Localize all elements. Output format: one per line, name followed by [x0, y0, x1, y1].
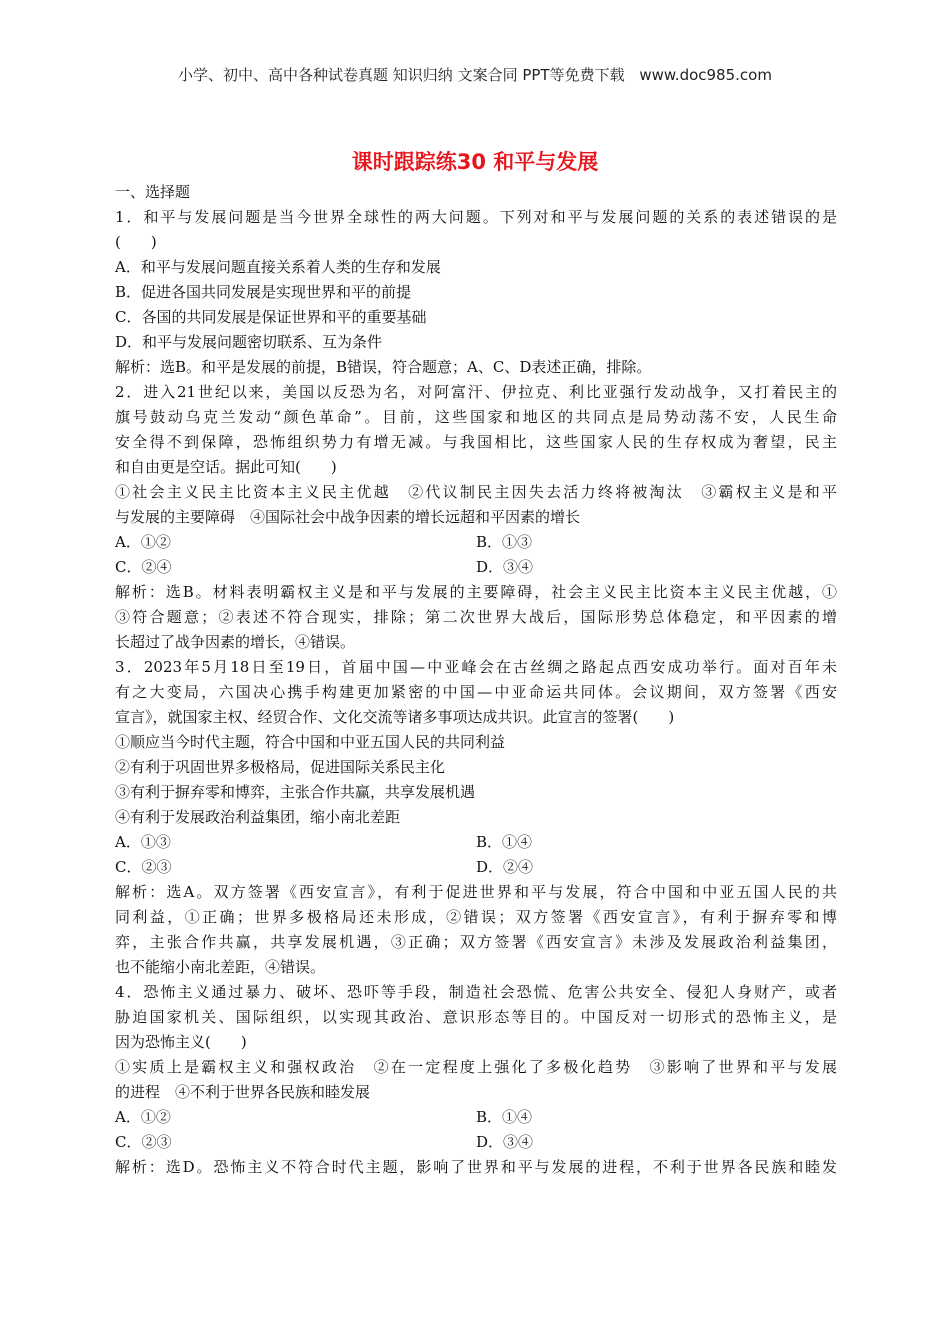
- option-row: A．①③ B．①④: [115, 830, 837, 855]
- site-banner: 小学、初中、高中各种试卷真题 知识归纳 文案合同 PPT等免费下载 www.do…: [0, 64, 950, 85]
- option-d: D．③④: [476, 1130, 837, 1155]
- analysis: 也不能缩小南北差距，④错误。: [115, 955, 837, 980]
- question-stem: 胁迫国家机关、国际组织，以实现其政治、意识形态等目的。中国反对一切形式的恐怖主义…: [115, 1005, 837, 1030]
- option-row: C．②④ D．③④: [115, 555, 837, 580]
- analysis: 解析：选A。双方签署《西安宣言》，有利于促进世界和平与发展，符合中国和中亚五国人…: [115, 880, 837, 905]
- statement: ①顺应当今时代主题，符合中国和中亚五国人民的共同利益: [115, 730, 837, 755]
- option-a: A．①②: [115, 530, 476, 555]
- analysis: 解析：选B。材料表明霸权主义是和平与发展的主要障碍，社会主义民主比资本主义民主优…: [115, 580, 837, 605]
- option-a: A．①②: [115, 1105, 476, 1130]
- section-heading: 一、选择题: [115, 180, 837, 205]
- option-b: B．①④: [476, 830, 837, 855]
- question-stem: 宣言》，就国家主权、经贸合作、文化交流等诸多事项达成共识。此宣言的签署( ): [115, 705, 837, 730]
- question-1: 1．和平与发展问题是当今世界全球性的两大问题。下列对和平与发展问题的关系的表述错…: [115, 205, 837, 380]
- option-row: C．②③ D．②④: [115, 855, 837, 880]
- document-body: 一、选择题 1．和平与发展问题是当今世界全球性的两大问题。下列对和平与发展问题的…: [115, 180, 837, 1180]
- statement: ①社会主义民主比资本主义民主优越 ②代议制民主因失去活力终将被淘汰 ③霸权主义是…: [115, 480, 837, 505]
- statement: ②有利于巩固世界多极格局，促进国际关系民主化: [115, 755, 837, 780]
- option-b: B．促进各国共同发展是实现世界和平的前提: [115, 280, 837, 305]
- question-stem: 4．恐怖主义通过暴力、破坏、恐吓等手段，制造社会恐慌、危害公共安全、侵犯人身财产…: [115, 980, 837, 1005]
- analysis: 解析：选B。和平是发展的前提，B错误，符合题意；A、C、D表述正确，排除。: [115, 355, 837, 380]
- question-stem: 有之大变局，六国决心携手构建更加紧密的中国—中亚命运共同体。会议期间，双方签署《…: [115, 680, 837, 705]
- analysis: ③符合题意；②表述不符合现实，排除；第二次世界大战后，国际形势总体稳定，和平因素…: [115, 605, 837, 630]
- question-stem: 安全得不到保障，恐怖组织势力有增无减。与我国相比，这些国家人民的生存权成为奢望，…: [115, 430, 837, 455]
- question-2: 2．进入21世纪以来，美国以反恐为名，对阿富汗、伊拉克、利比亚强行发动战争，又打…: [115, 380, 837, 655]
- banner-url[interactable]: www.doc985.com: [639, 66, 772, 84]
- option-c: C．②③: [115, 1130, 476, 1155]
- analysis: 解析：选D。恐怖主义不符合时代主题，影响了世界和平与发展的进程，不利于世界各民族…: [115, 1155, 837, 1180]
- question-stem: 和自由更是空话。据此可知( ): [115, 455, 837, 480]
- statement: 与发展的主要障碍 ④国际社会中战争因素的增长远超和平因素的增长: [115, 505, 837, 530]
- option-d: D．②④: [476, 855, 837, 880]
- option-row: A．①② B．①③: [115, 530, 837, 555]
- statement: ③有利于摒弃零和博弈，主张合作共赢，共享发展机遇: [115, 780, 837, 805]
- option-d: D．和平与发展问题密切联系、互为条件: [115, 330, 837, 355]
- analysis: 同利益，①正确；世界多极格局还未形成，②错误；双方签署《西安宣言》，有利于摒弃零…: [115, 905, 837, 930]
- option-c: C．②③: [115, 855, 476, 880]
- question-4: 4．恐怖主义通过暴力、破坏、恐吓等手段，制造社会恐慌、危害公共安全、侵犯人身财产…: [115, 980, 837, 1180]
- analysis: 长超过了战争因素的增长，④错误。: [115, 630, 837, 655]
- option-b: B．①③: [476, 530, 837, 555]
- option-b: B．①④: [476, 1105, 837, 1130]
- option-a: A．①③: [115, 830, 476, 855]
- analysis: 弈，主张合作共赢，共享发展机遇，③正确；双方签署《西安宣言》未涉及发展政治利益集…: [115, 930, 837, 955]
- statement: ①实质上是霸权主义和强权政治 ②在一定程度上强化了多极化趋势 ③影响了世界和平与…: [115, 1055, 837, 1080]
- statement: 的进程 ④不利于世界各民族和睦发展: [115, 1080, 837, 1105]
- question-stem: 3．2023年5月18日至19日，首届中国—中亚峰会在古丝绸之路起点西安成功举行…: [115, 655, 837, 680]
- option-c: C．各国的共同发展是保证世界和平的重要基础: [115, 305, 837, 330]
- banner-text: 小学、初中、高中各种试卷真题 知识归纳 文案合同 PPT等免费下载: [178, 66, 625, 84]
- question-stem: 旗号鼓动乌克兰发动“颜色革命”。目前，这些国家和地区的共同点是局势动荡不安，人民…: [115, 405, 837, 430]
- question-stem: 2．进入21世纪以来，美国以反恐为名，对阿富汗、伊拉克、利比亚强行发动战争，又打…: [115, 380, 837, 405]
- option-c: C．②④: [115, 555, 476, 580]
- option-row: A．①② B．①④: [115, 1105, 837, 1130]
- statement: ④有利于发展政治利益集团，缩小南北差距: [115, 805, 837, 830]
- option-row: C．②③ D．③④: [115, 1130, 837, 1155]
- option-d: D．③④: [476, 555, 837, 580]
- question-stem: ( ): [115, 230, 837, 255]
- question-3: 3．2023年5月18日至19日，首届中国—中亚峰会在古丝绸之路起点西安成功举行…: [115, 655, 837, 980]
- page-title: 课时跟踪练30 和平与发展: [0, 146, 950, 176]
- question-stem: 1．和平与发展问题是当今世界全球性的两大问题。下列对和平与发展问题的关系的表述错…: [115, 205, 837, 230]
- option-a: A．和平与发展问题直接关系着人类的生存和发展: [115, 255, 837, 280]
- question-stem: 因为恐怖主义( ): [115, 1030, 837, 1055]
